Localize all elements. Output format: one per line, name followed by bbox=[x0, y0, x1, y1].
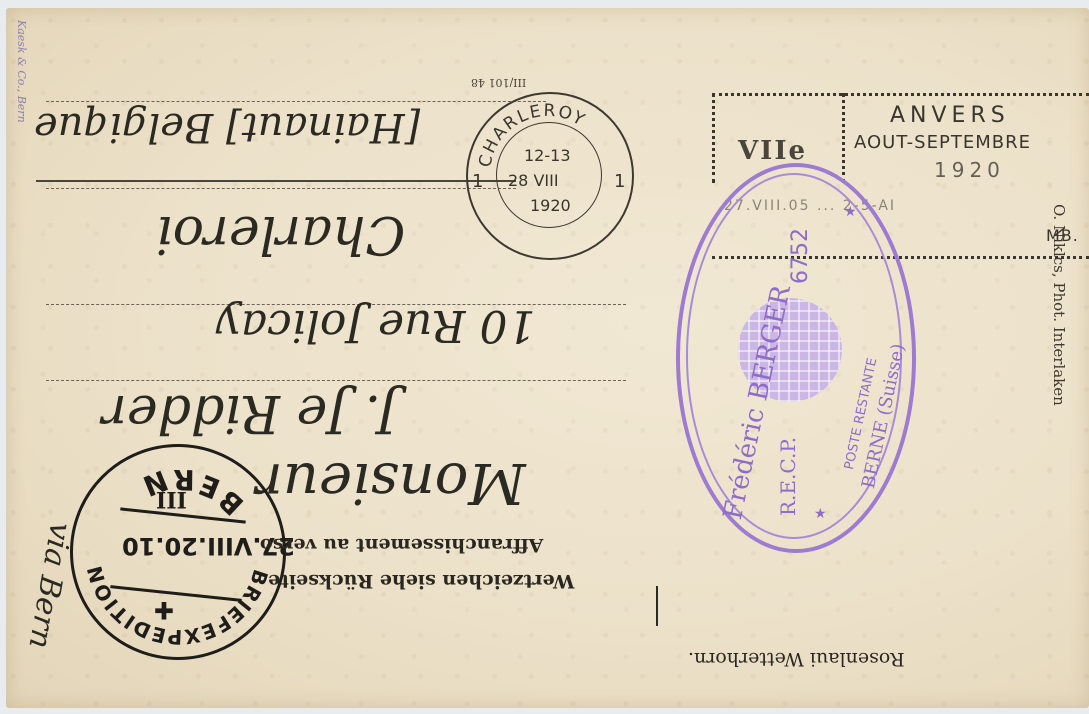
star-icon: ★ bbox=[814, 506, 827, 522]
anvers-cancel-divider bbox=[842, 93, 845, 183]
anvers-box-label: VIIe bbox=[738, 136, 807, 166]
charleroy-left-num: 1 bbox=[472, 171, 483, 192]
star-icon: ★ bbox=[844, 204, 857, 220]
address-line-4: Charleroi bbox=[156, 204, 405, 264]
anvers-year: 1920 bbox=[934, 158, 1005, 182]
instruction-stamp-line2: Wertzeichen siehe Rückseite bbox=[268, 570, 574, 592]
address-line-2: J. Je Ridder bbox=[102, 383, 398, 443]
stamp-org: R.E.C.P. bbox=[776, 437, 800, 516]
card-caption: Rosenlaui Wetterhorn. bbox=[688, 648, 905, 670]
address-line-guide bbox=[46, 380, 626, 381]
hand-stroke bbox=[656, 586, 658, 626]
postcard-back: Kaesk & Co., Bern III/101 48 [Hainaut] B… bbox=[6, 8, 1089, 708]
address-line-5: [Hainaut] Belgique bbox=[34, 104, 420, 150]
publisher-left-edge: Kaesk & Co., Bern bbox=[15, 20, 28, 123]
instruction-stamp-line1: Affranchissement au verso bbox=[260, 534, 543, 556]
stamp-number: 6752 bbox=[788, 228, 813, 284]
anvers-event: AOUT-SEPTEMBRE bbox=[854, 132, 1031, 153]
anvers-cancel-divider bbox=[712, 93, 715, 183]
charleroy-time: 12-13 bbox=[524, 146, 571, 165]
charleroy-year: 1920 bbox=[530, 196, 571, 215]
printer-code: III/101 48 bbox=[471, 76, 526, 89]
svg-text:BERN: BERN bbox=[125, 456, 253, 523]
anvers-city: ANVERS bbox=[890, 103, 1010, 128]
swiss-cross-icon: ✚ bbox=[154, 596, 174, 624]
address-line-guide bbox=[46, 188, 516, 189]
address-line-1: Monsieur bbox=[256, 450, 526, 515]
publisher-credit: O. Niklcs, Phot. Interlaken bbox=[1050, 204, 1068, 406]
charleroy-date: 28 VIII bbox=[508, 171, 559, 190]
address-line-guide bbox=[36, 180, 516, 182]
address-line-3: 10 Rue Jolicay bbox=[216, 300, 535, 351]
charleroy-right-num: 1 bbox=[614, 171, 625, 192]
bern-series: III bbox=[156, 486, 187, 512]
